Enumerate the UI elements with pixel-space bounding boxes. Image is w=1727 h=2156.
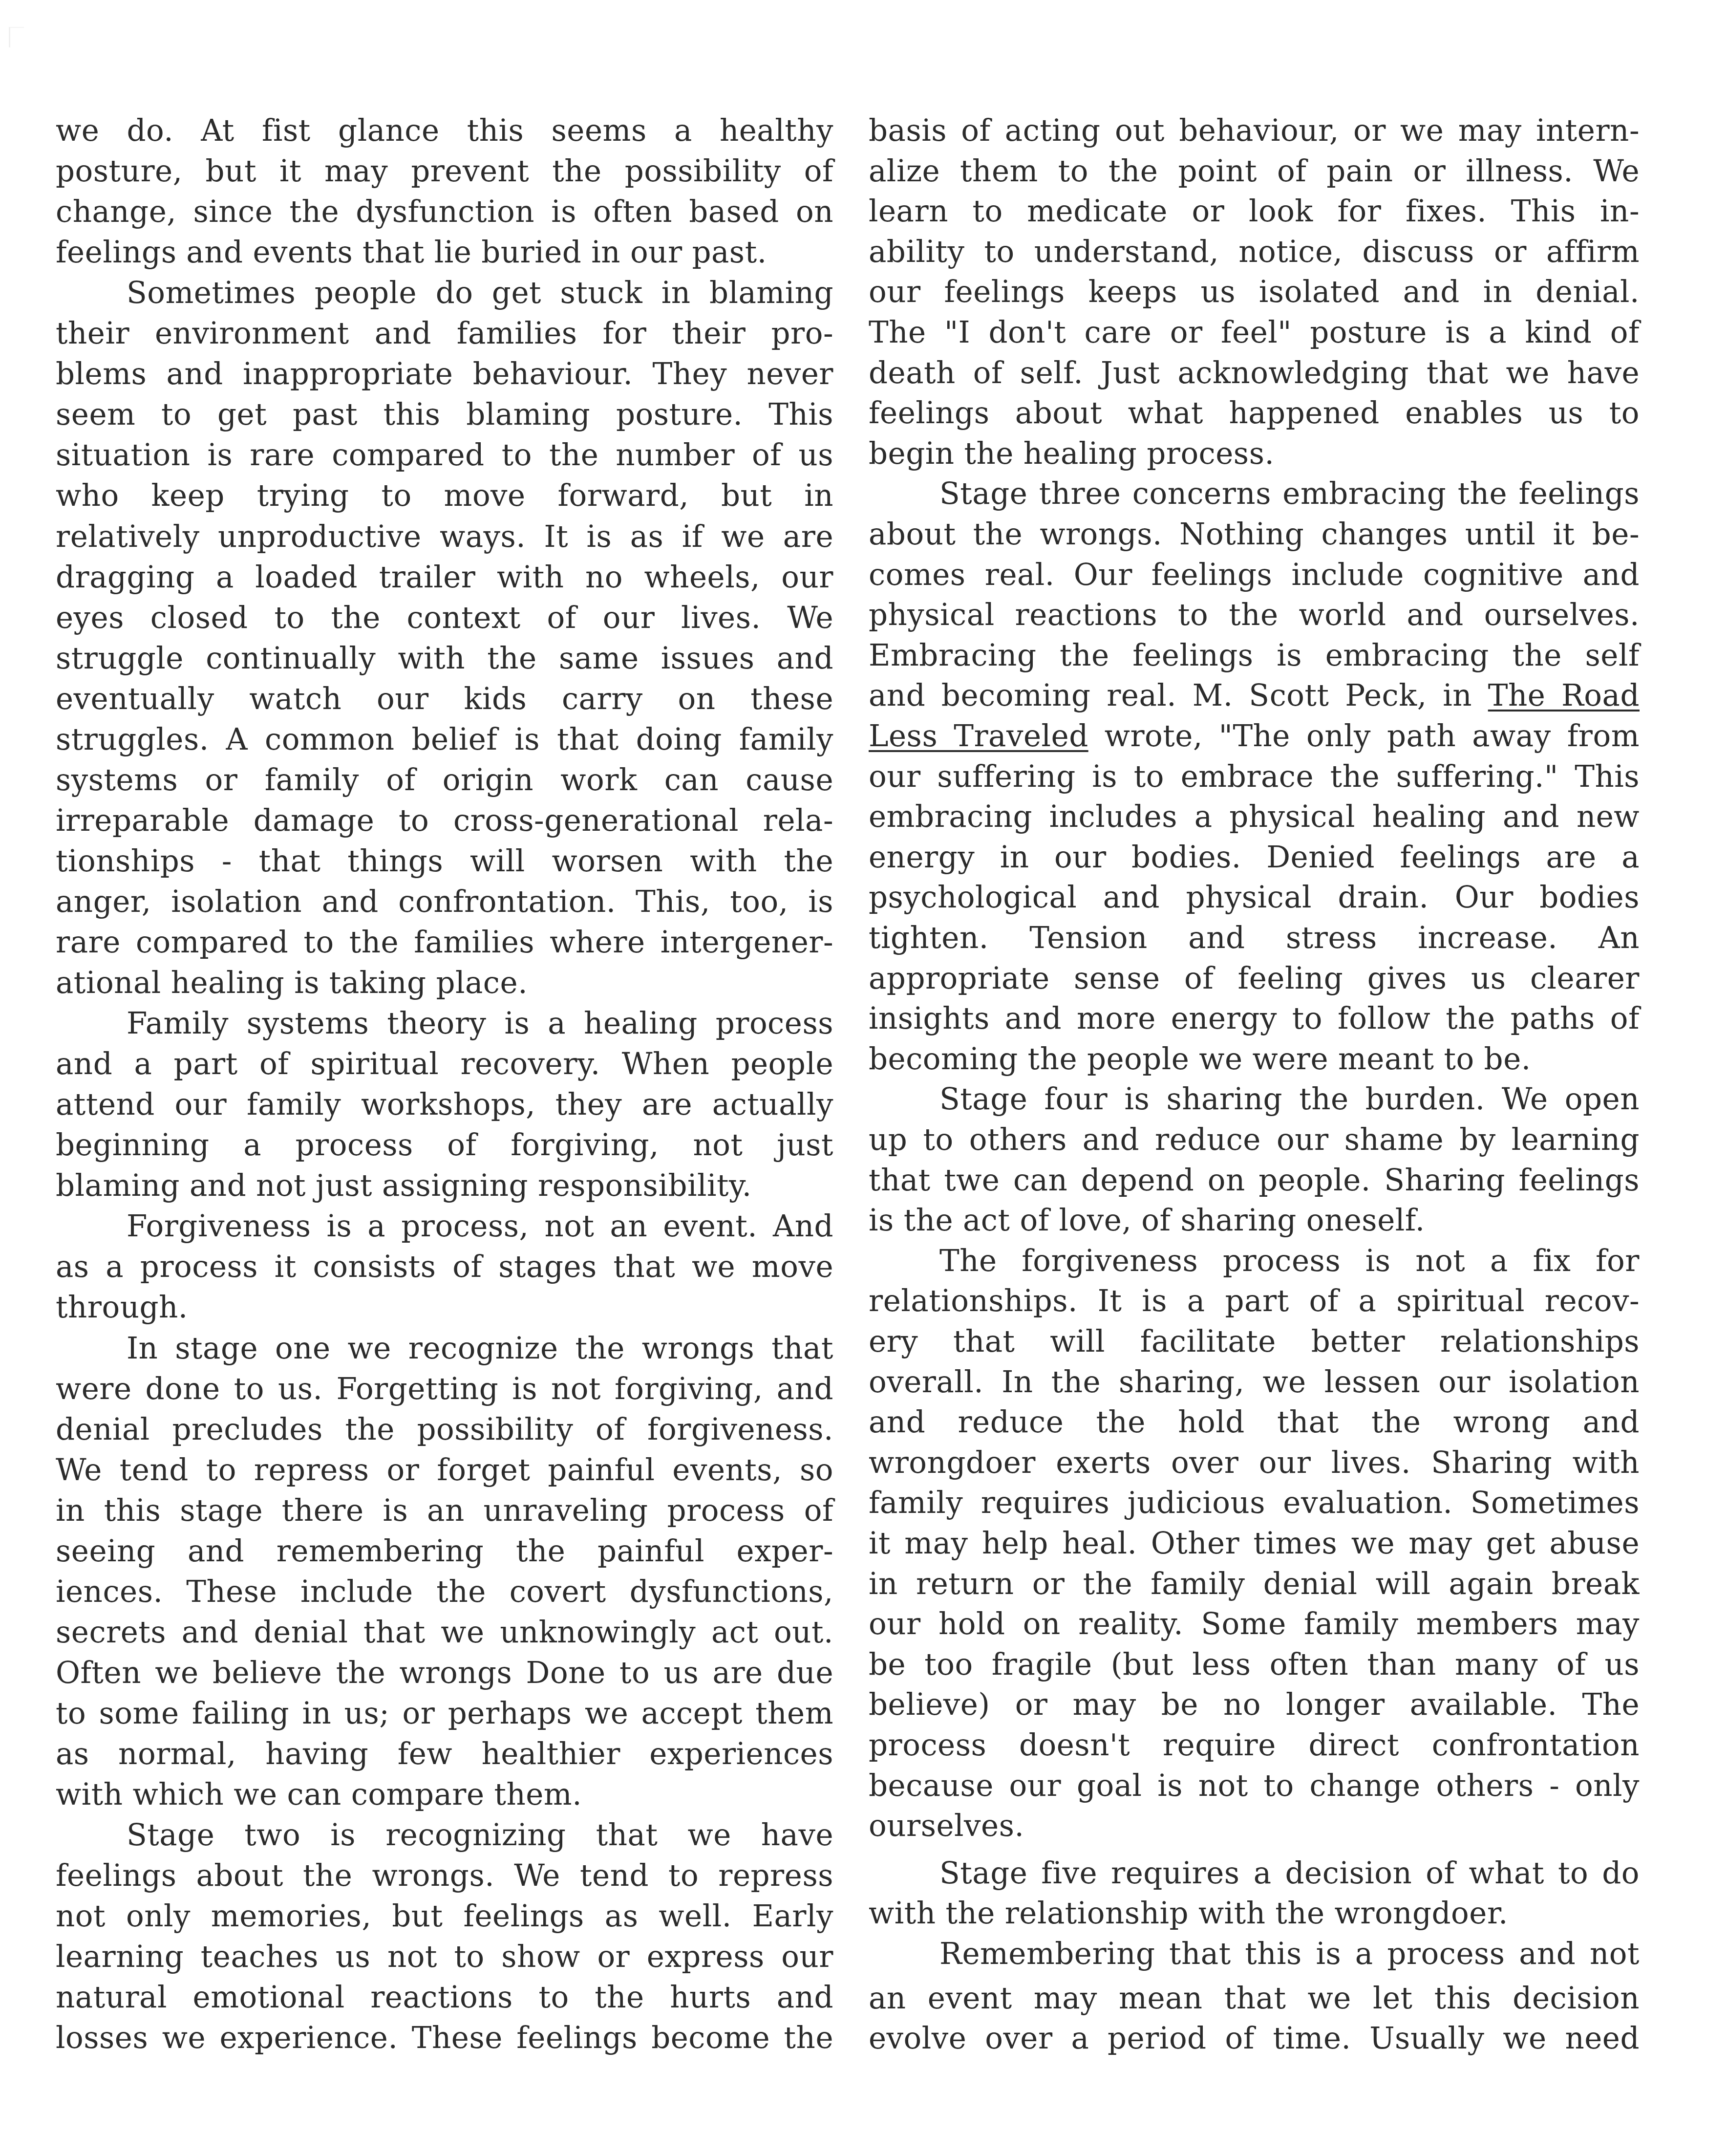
text-line: is the act of love, of sharing oneself.	[869, 1200, 1640, 1241]
text-line: The "I don't care or feel" posture is a …	[869, 312, 1640, 353]
text-line: systems or family of origin work can cau…	[56, 760, 833, 801]
text-line: ability to understand, notice, discuss o…	[869, 232, 1640, 273]
text-line: denial precludes the possibility of forg…	[56, 1409, 833, 1450]
text-line: be too fragile (but less often than many…	[869, 1644, 1640, 1685]
text-line: alize them to the point of pain or illne…	[869, 151, 1640, 192]
text-line: wrongdoer exerts over our lives. Sharing…	[869, 1443, 1640, 1484]
text-line: tighten. Tension and stress increase. An	[869, 918, 1640, 959]
text-line: that twe can depend on people. Sharing f…	[869, 1160, 1640, 1201]
text-line: not only memories, but feelings as well.…	[56, 1896, 833, 1937]
text-line: iences. These include the covert dysfunc…	[56, 1572, 833, 1613]
text-line: relatively unproductive ways. It is as i…	[56, 517, 833, 558]
text-line: attend our family workshops, they are ac…	[56, 1084, 833, 1125]
text-line: Often we believe the wrongs Done to us a…	[56, 1653, 833, 1694]
paragraph-first-line: Remembering that this is a process and n…	[869, 1934, 1640, 1975]
text-line: because our goal is not to change others…	[869, 1766, 1640, 1807]
text-line: struggle continually with the same issue…	[56, 638, 833, 679]
text-line: change, since the dysfunction is often b…	[56, 192, 833, 233]
text-line: as a process it consists of stages that …	[56, 1247, 833, 1288]
text-line: becoming the people we were meant to be.	[869, 1039, 1640, 1080]
text-line: as normal, having few healthier experien…	[56, 1734, 833, 1775]
text-line: blems and inappropriate behaviour. They …	[56, 354, 833, 395]
text-line: feelings about the wrongs. We tend to re…	[56, 1855, 833, 1897]
text-line: Embracing the feelings is embracing the …	[869, 635, 1640, 676]
text-line: feelings about what happened enables us …	[869, 393, 1640, 434]
text-line: eyes closed to the context of our lives.…	[56, 598, 833, 639]
text-line: evolve over a period of time. Usually we…	[869, 2018, 1640, 2059]
text-segment: wrote, "The only path away from	[1088, 719, 1640, 754]
document-page: we do. At fist glance this seems a healt…	[0, 0, 1727, 2156]
text-line: relationships. It is a part of a spiritu…	[869, 1281, 1640, 1322]
text-line: ational healing is taking place.	[56, 963, 833, 1004]
text-line: embracing includes a physical healing an…	[869, 797, 1640, 838]
text-line: situation is rare compared to the number…	[56, 435, 833, 476]
text-line: learning teaches us not to show or expre…	[56, 1937, 833, 1978]
text-line: seem to get past this blaming posture. T…	[56, 394, 833, 435]
text-line: in return or the family denial will agai…	[869, 1564, 1640, 1605]
text-line: begin the healing process.	[869, 433, 1640, 474]
paragraph-first-line: Sometimes people do get stuck in blaming	[56, 273, 833, 314]
paragraph-first-line: Stage five requires a decision of what t…	[869, 1853, 1640, 1894]
text-line: eventually watch our kids carry on these	[56, 679, 833, 720]
text-line: Less Traveled wrote, "The only path away…	[869, 716, 1640, 757]
text-line: struggles. A common belief is that doing…	[56, 719, 833, 760]
text-line: and becoming real. M. Scott Peck, in The…	[869, 675, 1640, 716]
text-line: secrets and denial that we unknowingly a…	[56, 1612, 833, 1653]
text-line: seeing and remembering the painful exper…	[56, 1531, 833, 1572]
text-line: physical reactions to the world and ours…	[869, 595, 1640, 636]
text-line: our hold on reality. Some family members…	[869, 1604, 1640, 1645]
text-line: tionships - that things will worsen with…	[56, 841, 833, 882]
text-line: to some failing in us; or perhaps we acc…	[56, 1693, 833, 1734]
text-line: death of self. Just acknowledging that w…	[869, 353, 1640, 394]
text-line: ourselves.	[869, 1806, 1640, 1847]
text-line: beginning a process of forgiving, not ju…	[56, 1125, 833, 1166]
scan-artifact	[9, 27, 24, 47]
text-line: appropriate sense of feeling gives us cl…	[869, 958, 1640, 999]
text-line: dragging a loaded trailer with no wheels…	[56, 557, 833, 598]
book-title-underlined: Less Traveled	[869, 719, 1088, 754]
text-line: ery that will facilitate better relation…	[869, 1321, 1640, 1362]
text-line: comes real. Our feelings include cogniti…	[869, 555, 1640, 596]
paragraph-first-line: In stage one we recognize the wrongs tha…	[56, 1328, 833, 1369]
text-line: up to others and reduce our shame by lea…	[869, 1120, 1640, 1161]
text-line: basis of acting out behaviour, or we may…	[869, 110, 1640, 151]
paragraph-first-line: Family systems theory is a healing proce…	[56, 1003, 833, 1044]
paragraph-first-line: The forgiveness process is not a fix for	[869, 1241, 1640, 1282]
text-line: overall. In the sharing, we lessen our i…	[869, 1362, 1640, 1403]
text-line: family requires judicious evaluation. So…	[869, 1483, 1640, 1524]
text-line: with which we can compare them.	[56, 1774, 833, 1815]
text-line: an event may mean that we let this decis…	[869, 1978, 1640, 2019]
text-line: we do. At fist glance this seems a healt…	[56, 110, 833, 151]
paragraph-first-line: Stage four is sharing the burden. We ope…	[869, 1079, 1640, 1120]
text-line: insights and more energy to follow the p…	[869, 998, 1640, 1039]
text-line: energy in our bodies. Denied feelings ar…	[869, 837, 1640, 878]
text-line: blaming and not just assigning responsib…	[56, 1165, 833, 1207]
text-line: through.	[56, 1287, 833, 1328]
text-line: were done to us. Forgetting is not forgi…	[56, 1369, 833, 1410]
text-line: our suffering is to embrace the sufferin…	[869, 756, 1640, 798]
text-line: posture, but it may prevent the possibil…	[56, 151, 833, 192]
text-line: it may help heal. Other times we may get…	[869, 1523, 1640, 1564]
text-line: rare compared to the families where inte…	[56, 922, 833, 963]
paragraph-first-line: Stage two is recognizing that we have	[56, 1815, 833, 1856]
paragraph-first-line: Stage three concerns embracing the feeli…	[869, 474, 1640, 515]
book-title-underlined: The Road	[1488, 678, 1640, 713]
text-line: in this stage there is an unraveling pro…	[56, 1490, 833, 1531]
text-line: learn to medicate or look for fixes. Thi…	[869, 191, 1640, 232]
text-line: losses we experience. These feelings bec…	[56, 2018, 833, 2059]
text-line: feelings and events that lie buried in o…	[56, 232, 833, 273]
text-line: their environment and families for their…	[56, 313, 833, 354]
text-line: psychological and physical drain. Our bo…	[869, 877, 1640, 918]
text-line: with the relationship with the wrongdoer…	[869, 1893, 1640, 1934]
text-line: irreparable damage to cross-generational…	[56, 800, 833, 841]
text-line: believe) or may be no longer available. …	[869, 1684, 1640, 1725]
text-line: anger, isolation and confrontation. This…	[56, 882, 833, 923]
text-line: who keep trying to move forward, but in	[56, 475, 833, 517]
text-line: process doesn't require direct confronta…	[869, 1725, 1640, 1766]
text-line: and a part of spiritual recovery. When p…	[56, 1044, 833, 1085]
text-line: about the wrongs. Nothing changes until …	[869, 514, 1640, 555]
text-segment: and becoming real. M. Scott Peck, in	[869, 678, 1488, 713]
text-line: We tend to repress or forget painful eve…	[56, 1450, 833, 1491]
paragraph-first-line: Forgiveness is a process, not an event. …	[56, 1206, 833, 1247]
text-line: and reduce the hold that the wrong and	[869, 1402, 1640, 1443]
text-line: natural emotional reactions to the hurts…	[56, 1977, 833, 2018]
text-line: our feelings keeps us isolated and in de…	[869, 272, 1640, 313]
